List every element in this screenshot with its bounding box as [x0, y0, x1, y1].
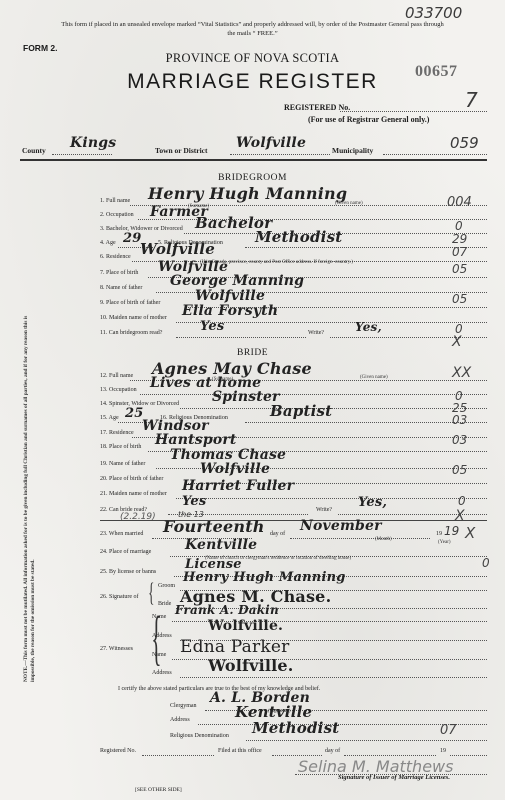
- groom-age-value: 29: [123, 231, 142, 246]
- bridegroom-heading: BRIDEGROOM: [0, 173, 505, 183]
- groom-signature-label: Groom: [158, 583, 175, 589]
- bride-religion-code: 03: [452, 413, 467, 427]
- header-divider: [20, 159, 487, 161]
- when-married-label: 23. When married: [100, 531, 143, 537]
- groom-age-label: 4. Age: [100, 240, 116, 246]
- groom-age-code: 29: [452, 232, 467, 246]
- bride-birthplace-label: 18. Place of birth: [100, 444, 141, 450]
- footer-registered-label: Registered No.: [100, 748, 136, 754]
- bride-father-label: 19. Name of father: [100, 461, 145, 467]
- signature-brace: {: [148, 578, 154, 608]
- marriage-year-code: X: [465, 524, 475, 542]
- groom-father-birthplace-label: 9. Place of birth of father: [100, 300, 160, 306]
- witness2-address-label: Address: [152, 670, 172, 676]
- witness2-name-label: Name: [152, 652, 166, 658]
- bride-age-value: 25: [125, 406, 144, 421]
- groom-religion-value: Methodist: [255, 228, 342, 246]
- footer-day-of-label: day of: [325, 748, 340, 754]
- document-title: MARRIAGE REGISTER: [0, 70, 505, 94]
- bride-father-birthplace-value: Wolfville: [200, 461, 270, 477]
- witness1-address-label: Address: [152, 633, 172, 639]
- county-label: County: [22, 146, 46, 155]
- town-value: Wolfville: [236, 135, 306, 151]
- day-of-label: day of: [270, 531, 285, 537]
- postal-note: This form if placed in an unsealed envel…: [60, 20, 445, 38]
- witnesses-label: 27. Witnesses: [100, 646, 133, 652]
- groom-residence-code: 05: [452, 262, 467, 276]
- signature-of-label: 26. Signature of: [100, 594, 139, 600]
- bride-full-name-label: 12. Full name: [100, 373, 133, 379]
- bride-divider: [100, 520, 487, 521]
- given-name-sublabel: (Given name): [335, 201, 363, 206]
- groom-read-label: 11. Can bridegroom read?: [100, 330, 162, 336]
- license-or-banns-label: 25. By license or banns: [100, 569, 156, 575]
- bride-birthplace-value: Hantsport: [155, 432, 237, 448]
- bride-mother-value: Harriet Fuller: [182, 478, 294, 494]
- place-of-marriage-value: Kentville: [185, 537, 257, 553]
- bride-literacy-code: 0: [458, 494, 466, 508]
- groom-religion-code: 07: [452, 245, 467, 259]
- year-sublabel: (Year): [438, 540, 451, 545]
- groom-residence-value: Wolfville: [140, 240, 215, 258]
- bride-residence-code: 03: [452, 433, 467, 447]
- groom-residence-label: 6. Residence: [100, 254, 131, 260]
- groom-father-label: 8. Name of father: [100, 285, 142, 291]
- bride-residence-label: 17. Residence: [100, 430, 134, 436]
- groom-write-value: Yes,: [355, 320, 382, 334]
- marriage-date-annotation: (2.2.19): [120, 512, 156, 522]
- bride-x-mark: X: [455, 508, 465, 524]
- groom-birthplace-label: 7. Place of birth: [100, 270, 138, 276]
- place-of-marriage-label: 24. Place of marriage: [100, 549, 151, 555]
- marriage-year-value: 19: [444, 524, 459, 538]
- clergyman-denomination-label: Religious Denomination: [170, 733, 229, 739]
- bride-age-label: 15. Age: [100, 415, 119, 421]
- registered-number-note: (For use of Registrar General only.): [308, 115, 429, 124]
- clergyman-label: Clergyman: [170, 703, 197, 709]
- bride-father-code: 05: [452, 463, 467, 477]
- footer-year-prefix: 19: [440, 748, 446, 754]
- witness1-name: Frank A. Dakin: [175, 603, 279, 617]
- groom-father-value: George Manning: [170, 273, 304, 289]
- bride-write-label: Write?: [316, 507, 332, 513]
- marriage-day-value: Fourteenth: [163, 517, 265, 536]
- issuer-label: Signature of Issuer of Marriage Licenses…: [338, 774, 450, 781]
- license-code: 0: [482, 556, 490, 570]
- groom-read-value: Yes: [200, 319, 224, 334]
- groom-status-code: 0: [455, 219, 463, 233]
- groom-full-name-label: 1. Full name: [100, 198, 130, 204]
- witness2-name: Edna Parker: [180, 637, 289, 657]
- bride-name-code: XX: [452, 365, 471, 381]
- clergyman-denomination-code: 07: [440, 723, 457, 738]
- bride-write-value: Yes,: [358, 495, 387, 510]
- bride-given-name-sublabel: (Given name): [360, 375, 388, 380]
- marriage-register-document: 033700 This form if placed in an unseale…: [0, 0, 505, 800]
- witness1-address: Wolfville.: [208, 618, 283, 634]
- bride-mother-label: 21. Maiden name of mother: [100, 491, 167, 497]
- groom-father-birthplace-value: Wolfville: [195, 288, 265, 304]
- bride-occupation-label: 13. Occupation: [100, 387, 137, 393]
- municipality-label: Municipality: [332, 146, 373, 155]
- bride-religion-value: Baptist: [270, 402, 332, 420]
- bride-heading: BRIDE: [0, 348, 505, 358]
- groom-write-label: Write?: [308, 330, 324, 336]
- town-label: Town or District: [155, 146, 208, 155]
- groom-father-code: 05: [452, 292, 467, 306]
- clergyman-address-label: Address: [170, 717, 190, 723]
- groom-mother-value: Ella Forsyth: [182, 303, 278, 319]
- see-other-side: [SEE OTHER SIDE]: [135, 787, 182, 793]
- groom-signature: Henry Hugh Manning: [183, 570, 346, 585]
- groom-occupation-label: 2. Occupation: [100, 212, 134, 218]
- groom-full-name-value: Henry Hugh Manning: [148, 184, 347, 203]
- month-sublabel: (Month): [375, 537, 392, 542]
- municipality-code: 059: [450, 134, 479, 152]
- groom-mother-label: 10. Maiden name of mother: [100, 315, 167, 321]
- clergyman-denomination-value: Methodist: [252, 719, 339, 737]
- bride-father-birthplace-label: 20. Place of birth of father: [100, 476, 163, 482]
- witness1-name-label: Name: [152, 614, 166, 620]
- year-prefix: 19: [436, 531, 442, 537]
- county-value: Kings: [70, 135, 116, 151]
- bride-read-value: Yes: [182, 494, 206, 509]
- witness2-address: Wolfville.: [208, 656, 294, 675]
- filed-at-office-label: Filed at this office: [218, 748, 262, 754]
- groom-name-code: 004: [447, 195, 472, 210]
- marriage-month-value: November: [300, 518, 382, 534]
- registered-number-value: 7: [465, 88, 478, 112]
